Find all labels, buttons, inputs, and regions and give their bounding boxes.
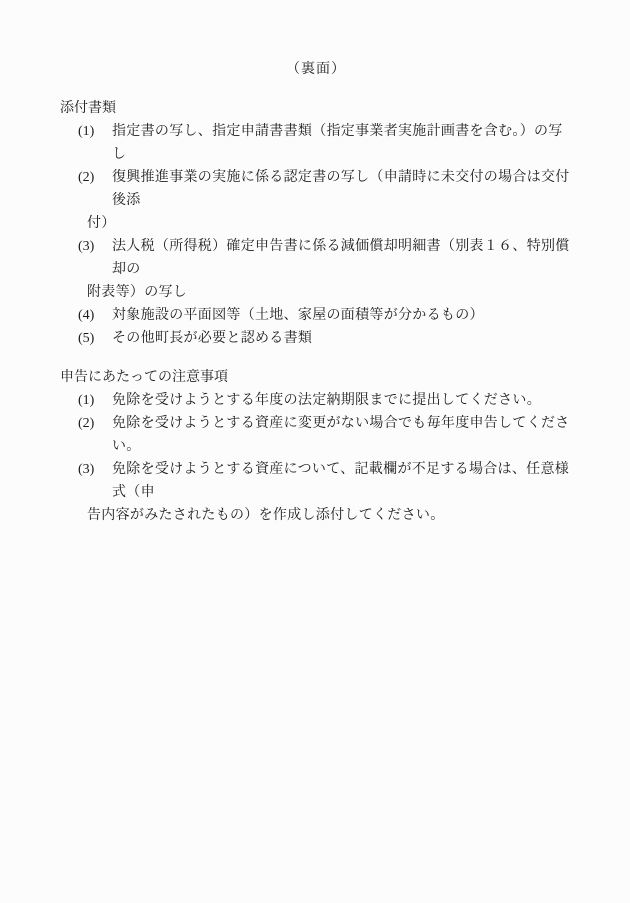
list-item: (2) 免除を受けようとする資産に変更がない場合でも毎年度申告してください。 [60,412,572,458]
item-text: 免除を受けようとする資産に変更がない場合でも毎年度申告してください。 [112,412,572,458]
attachments-section: 添付書類 (1) 指定書の写し、指定申請書書類（指定事業者実施計画書を含む。）の… [60,97,572,350]
list-item: (2) 復興推進事業の実施に係る認定書の写し（申請時に未交付の場合は交付後添 [60,166,572,212]
list-item: (1) 指定書の写し、指定申請書書類（指定事業者実施計画書を含む。）の写し [60,120,572,166]
item-text: 免除を受けようとする年度の法定納期限までに提出してください。 [112,389,572,412]
declaration-notes-section: 申告にあたっての注意事項 (1) 免除を受けようとする年度の法定納期限までに提出… [60,366,572,527]
item-text: 法人税（所得税）確定申告書に係る減価償却明細書（別表１６、特別償却の [112,235,572,281]
item-text: その他町長が必要と認める書類 [112,327,572,350]
list-item: (3) 免除を受けようとする資産について、記載欄が不足する場合は、任意様式（申 [60,458,572,504]
item-number: (3) [78,458,112,481]
item-number: (1) [78,389,112,412]
declaration-notes-section-heading: 申告にあたっての注意事項 [60,366,572,389]
item-number: (2) [78,166,112,189]
item-text: 復興推進事業の実施に係る認定書の写し（申請時に未交付の場合は交付後添 [112,166,572,212]
item-text-continuation: 附表等）の写し [87,281,572,304]
item-number: (5) [78,327,112,350]
item-number: (2) [78,412,112,435]
list-item: (1) 免除を受けようとする年度の法定納期限までに提出してください。 [60,389,572,412]
item-text-continuation: 付） [87,212,572,235]
item-number: (1) [78,120,112,143]
item-text: 免除を受けようとする資産について、記載欄が不足する場合は、任意様式（申 [112,458,572,504]
list-item: (5) その他町長が必要と認める書類 [60,327,572,350]
document-page: （裏面） 添付書類 (1) 指定書の写し、指定申請書書類（指定事業者実施計画書を… [0,0,630,903]
item-text: 対象施設の平面図等（土地、家屋の面積等が分かるもの） [112,304,572,327]
item-number: (4) [78,304,112,327]
list-item: (3) 法人税（所得税）確定申告書に係る減価償却明細書（別表１６、特別償却の [60,235,572,281]
list-item: (4) 対象施設の平面図等（土地、家屋の面積等が分かるもの） [60,304,572,327]
attachments-section-heading: 添付書類 [60,97,572,120]
item-number: (3) [78,235,112,258]
item-text: 指定書の写し、指定申請書書類（指定事業者実施計画書を含む。）の写し [112,120,572,166]
item-text-continuation: 告内容がみたされたもの）を作成し添付してください。 [87,504,572,527]
page-title: （裏面） [60,58,572,81]
